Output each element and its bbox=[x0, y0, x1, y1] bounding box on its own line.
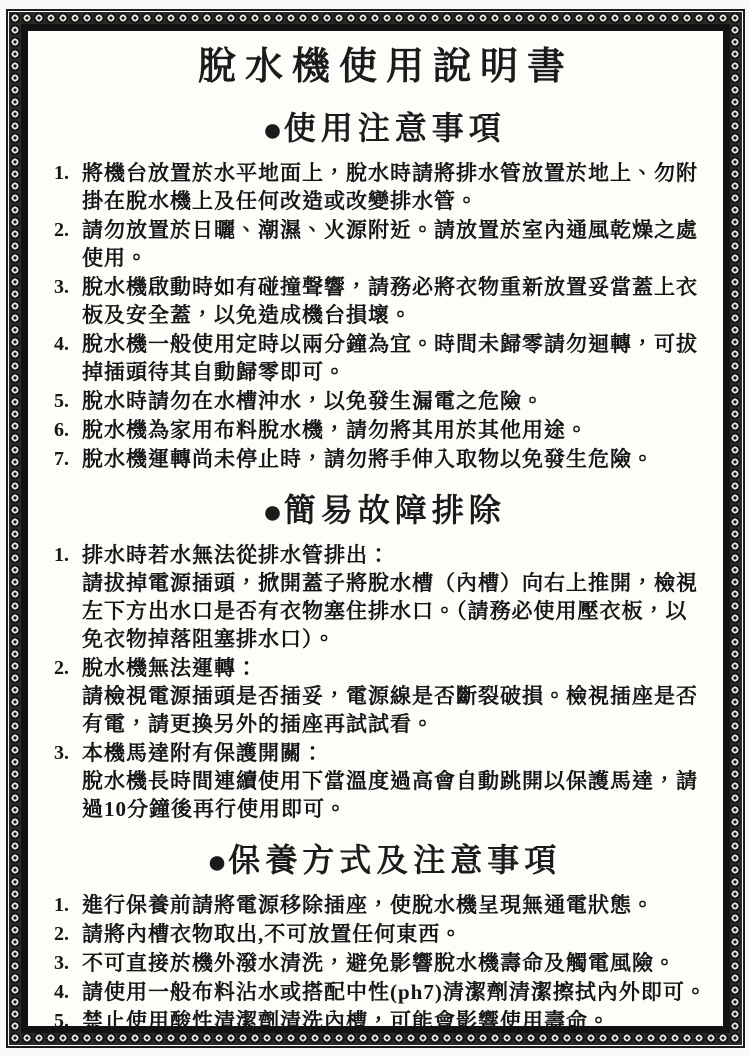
item-lead: 本機馬達附有保護開關： bbox=[82, 741, 324, 765]
list-item: 1. 進行保養前請將電源移除插座，使脫水機呈現無通電狀態。 bbox=[54, 891, 709, 919]
item-number: 1. bbox=[54, 159, 82, 215]
item-text: 脫水機為家用布料脫水機，請勿將其用於其他用途。 bbox=[82, 416, 709, 444]
item-text: 不可直接於機外潑水清洗，避免影響脫水機壽命及觸電風險。 bbox=[82, 949, 709, 977]
item-text: 進行保養前請將電源移除插座，使脫水機呈現無通電狀態。 bbox=[82, 891, 709, 919]
section-heading-text: 簡易故障排除 bbox=[284, 492, 506, 528]
item-text: 將機台放置於水平地面上，脫水時請將排水管放置於地上、勿附掛在脫水機上及任何改造或… bbox=[82, 159, 709, 215]
section-maintenance: ●保養方式及注意事項 1. 進行保養前請將電源移除插座，使脫水機呈現無通電狀態。… bbox=[54, 839, 709, 1033]
list-item: 2. 請勿放置於日曬、潮濕、火源附近。請放置於室內通風乾燥之處使用。 bbox=[54, 216, 709, 272]
item-text: 禁止使用酸性清潔劑清洗內槽，可能會影響使用壽命。 bbox=[82, 1007, 709, 1033]
manual-page: 脫水機使用說明書 ●使用注意事項 1. 將機台放置於水平地面上，脫水時請將排水管… bbox=[21, 24, 730, 1033]
list-item: 2. 脫水機無法運轉： 請檢視電源插頭是否插妥，電源線是否斷裂破損。檢視插座是否… bbox=[54, 654, 709, 738]
section-heading: ●保養方式及注意事項 bbox=[59, 839, 709, 884]
section-bullet-icon: ● bbox=[262, 110, 283, 152]
list-item: 2. 請將內槽衣物取出,不可放置任何東西。 bbox=[54, 920, 709, 948]
item-text: 脫水時請勿在水槽沖水，以免發生漏電之危險。 bbox=[82, 387, 709, 415]
item-number: 2. bbox=[54, 920, 82, 948]
section-usage-precautions: ●使用注意事項 1. 將機台放置於水平地面上，脫水時請將排水管放置於地上、勿附掛… bbox=[54, 107, 709, 473]
list-item: 3. 本機馬達附有保護開關： 脫水機長時間連續使用下當溫度過高會自動跳開以保護馬… bbox=[54, 739, 709, 823]
item-number: 1. bbox=[54, 541, 82, 653]
list-item: 4. 請使用一般布料沾水或搭配中性(ph7)清潔劑清潔擦拭內外即可。 bbox=[54, 978, 709, 1006]
item-lead: 脫水機無法運轉： bbox=[82, 656, 258, 680]
instruction-list: 1. 排水時若水無法從排水管排出： 請拔掉電源插頭，掀開蓋子將脫水槽（內槽）向右… bbox=[54, 541, 709, 823]
item-text: 脫水機啟動時如有碰撞聲響，請務必將衣物重新放置妥當蓋上衣板及安全蓋，以免造成機台… bbox=[82, 273, 709, 329]
list-item: 6. 脫水機為家用布料脫水機，請勿將其用於其他用途。 bbox=[54, 416, 709, 444]
item-text: 請將內槽衣物取出,不可放置任何東西。 bbox=[82, 920, 709, 948]
list-item: 5. 禁止使用酸性清潔劑清洗內槽，可能會影響使用壽命。 bbox=[54, 1007, 709, 1033]
item-number: 4. bbox=[54, 978, 82, 1006]
item-number: 3. bbox=[54, 949, 82, 977]
section-heading-text: 保養方式及注意事項 bbox=[228, 842, 561, 878]
item-detail: 脫水機長時間連續使用下當溫度過高會自動跳開以保護馬達，請過10分鐘後再行使用即可… bbox=[82, 767, 709, 823]
item-number: 5. bbox=[54, 387, 82, 415]
item-detail: 請檢視電源插頭是否插妥，電源線是否斷裂破損。檢視插座是否有電，請更換另外的插座再… bbox=[82, 682, 709, 738]
section-bullet-icon: ● bbox=[207, 842, 228, 884]
item-lead: 排水時若水無法從排水管排出： bbox=[82, 543, 390, 567]
chain-pattern-band: 脫水機使用說明書 ●使用注意事項 1. 將機台放置於水平地面上，脫水時請將排水管… bbox=[9, 12, 742, 1045]
list-item: 7. 脫水機運轉尚未停止時，請勿將手伸入取物以免發生危險。 bbox=[54, 445, 709, 473]
item-number: 2. bbox=[54, 216, 82, 272]
item-number: 2. bbox=[54, 654, 82, 738]
item-text: 脫水機運轉尚未停止時，請勿將手伸入取物以免發生危險。 bbox=[82, 445, 709, 473]
instruction-list: 1. 進行保養前請將電源移除插座，使脫水機呈現無通電狀態。 2. 請將內槽衣物取… bbox=[54, 891, 709, 1033]
section-heading: ●簡易故障排除 bbox=[59, 489, 709, 534]
item-text: 排水時若水無法從排水管排出： 請拔掉電源插頭，掀開蓋子將脫水槽（內槽）向右上推開… bbox=[82, 541, 709, 653]
section-bullet-icon: ● bbox=[262, 492, 283, 534]
item-text: 請使用一般布料沾水或搭配中性(ph7)清潔劑清潔擦拭內外即可。 bbox=[82, 978, 709, 1006]
section-heading: ●使用注意事項 bbox=[59, 107, 709, 152]
item-detail: 請拔掉電源插頭，掀開蓋子將脫水槽（內槽）向右上推開，檢視左下方出水口是否有衣物塞… bbox=[82, 569, 709, 653]
item-number: 7. bbox=[54, 445, 82, 473]
item-number: 6. bbox=[54, 416, 82, 444]
list-item: 3. 不可直接於機外潑水清洗，避免影響脫水機壽命及觸電風險。 bbox=[54, 949, 709, 977]
item-number: 5. bbox=[54, 1007, 82, 1033]
list-item: 3. 脫水機啟動時如有碰撞聲響，請務必將衣物重新放置妥當蓋上衣板及安全蓋，以免造… bbox=[54, 273, 709, 329]
item-number: 1. bbox=[54, 891, 82, 919]
item-text: 脫水機無法運轉： 請檢視電源插頭是否插妥，電源線是否斷裂破損。檢視插座是否有電，… bbox=[82, 654, 709, 738]
document-title: 脫水機使用說明書 bbox=[63, 43, 709, 91]
item-text: 請勿放置於日曬、潮濕、火源附近。請放置於室內通風乾燥之處使用。 bbox=[82, 216, 709, 272]
list-item: 5. 脫水時請勿在水槽沖水，以免發生漏電之危險。 bbox=[54, 387, 709, 415]
list-item: 4. 脫水機一般使用定時以兩分鐘為宜。時間未歸零請勿迴轉，可拔掉插頭待其自動歸零… bbox=[54, 330, 709, 386]
item-number: 4. bbox=[54, 330, 82, 386]
item-number: 3. bbox=[54, 739, 82, 823]
instruction-list: 1. 將機台放置於水平地面上，脫水時請將排水管放置於地上、勿附掛在脫水機上及任何… bbox=[54, 159, 709, 473]
section-heading-text: 使用注意事項 bbox=[284, 110, 506, 146]
list-item: 1. 將機台放置於水平地面上，脫水時請將排水管放置於地上、勿附掛在脫水機上及任何… bbox=[54, 159, 709, 215]
section-troubleshooting: ●簡易故障排除 1. 排水時若水無法從排水管排出： 請拔掉電源插頭，掀開蓋子將脫… bbox=[54, 489, 709, 823]
item-number: 3. bbox=[54, 273, 82, 329]
list-item: 1. 排水時若水無法從排水管排出： 請拔掉電源插頭，掀開蓋子將脫水槽（內槽）向右… bbox=[54, 541, 709, 653]
item-text: 本機馬達附有保護開關： 脫水機長時間連續使用下當溫度過高會自動跳開以保護馬達，請… bbox=[82, 739, 709, 823]
item-text: 脫水機一般使用定時以兩分鐘為宜。時間未歸零請勿迴轉，可拔掉插頭待其自動歸零即可。 bbox=[82, 330, 709, 386]
decorative-chain-border: 脫水機使用說明書 ●使用注意事項 1. 將機台放置於水平地面上，脫水時請將排水管… bbox=[6, 9, 745, 1048]
